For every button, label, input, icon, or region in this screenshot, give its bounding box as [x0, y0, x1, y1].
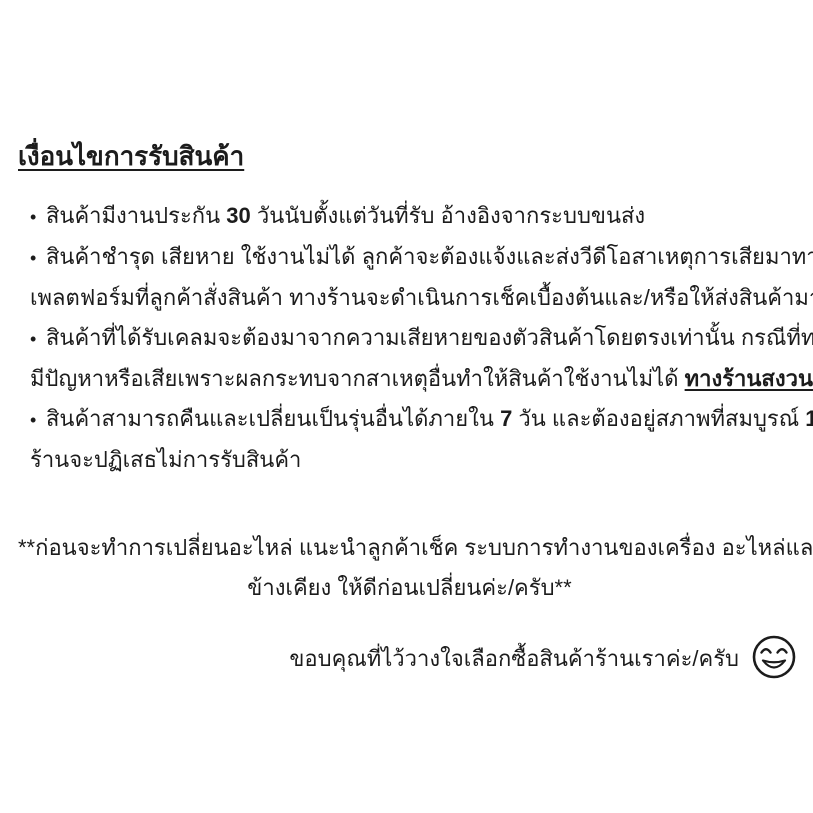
smiley-left-eye — [762, 649, 771, 652]
text-run: สินค้าชำรุด เสียหาย ใช้งานไม่ได้ ลูกค้าจ… — [46, 244, 813, 269]
terms-page: เงื่อนไขการรับสินค้า •สินค้ามีงานประกัน … — [0, 138, 813, 683]
bullet-line: •สินค้าสามารถคืนและเปลี่ยนเป็นรุ่นอื่นได… — [30, 399, 801, 440]
bullet-line: •สินค้าชำรุด เสียหาย ใช้งานไม่ได้ ลูกค้า… — [30, 237, 801, 278]
bullet-line: •สินค้าที่ได้รับเคลมจะต้องมาจากความเสียห… — [30, 318, 801, 359]
text-run: มีปัญหาหรือเสียเพราะผลกระทบจากสาเหตุอื่น… — [30, 366, 685, 391]
bullet-line: ร้านจะปฏิเสธไม่การรับสินค้า — [30, 440, 801, 480]
bullet-marker: • — [30, 319, 46, 359]
text-run: สินค้าสามารถคืนและเปลี่ยนเป็นรุ่นอื่นได้… — [46, 406, 500, 431]
bullet-item: •สินค้าที่ได้รับเคลมจะต้องมาจากความเสียห… — [30, 318, 801, 399]
bullet-item: •สินค้าชำรุด เสียหาย ใช้งานไม่ได้ ลูกค้า… — [30, 237, 801, 318]
bullet-item: •สินค้ามีงานประกัน 30 วันนับตั้งแต่วันที… — [30, 196, 801, 237]
number-text: 30 — [226, 203, 250, 228]
terms-bullet-list: •สินค้ามีงานประกัน 30 วันนับตั้งแต่วันที… — [18, 196, 801, 480]
note-line-1: **ก่อนจะทำการเปลี่ยนอะไหล่ แนะนำลูกค้าเช… — [18, 528, 801, 568]
text-run: ร้านจะปฏิเสธไม่การรับสินค้า — [30, 447, 301, 472]
thanks-line: ขอบคุณที่ไว้วางใจเลือกซื้อสินค้าร้านเราค… — [18, 636, 797, 683]
bullet-marker: • — [30, 400, 46, 440]
smiley-right-eye — [778, 649, 787, 652]
bullet-line: •สินค้ามีงานประกัน 30 วันนับตั้งแต่วันที… — [30, 196, 801, 237]
smiley-mouth — [763, 661, 785, 668]
text-run: วัน และต้องอยู่สภาพที่สมบูรณ์ — [512, 406, 805, 431]
page-title: เงื่อนไขการรับสินค้า — [18, 138, 801, 174]
claim-rights-emphasis: ทางร้านสงวนสิทธิ์ในการเคลม — [685, 366, 813, 391]
text-run: สินค้าที่ได้รับเคลมจะต้องมาจากความเสียหา… — [46, 325, 813, 350]
smiley-face-icon — [751, 634, 797, 680]
number-text: 100% — [805, 406, 813, 431]
bullet-item: •สินค้าสามารถคืนและเปลี่ยนเป็นรุ่นอื่นได… — [30, 399, 801, 480]
bullet-marker: • — [30, 238, 46, 278]
note-paragraph: **ก่อนจะทำการเปลี่ยนอะไหล่ แนะนำลูกค้าเช… — [18, 528, 801, 608]
text-run: วันนับตั้งแต่วันที่รับ อ้างอิงจากระบบขนส… — [251, 203, 645, 228]
text-run: สินค้ามีงานประกัน — [46, 203, 226, 228]
bullet-line: มีปัญหาหรือเสียเพราะผลกระทบจากสาเหตุอื่น… — [30, 359, 801, 399]
text-run: เพลตฟอร์มที่ลูกค้าสั่งสินค้า ทางร้านจะดำ… — [30, 285, 813, 310]
thanks-text: ขอบคุณที่ไว้วางใจเลือกซื้อสินค้าร้านเราค… — [289, 646, 739, 671]
note-line-2: ข้างเคียง ให้ดีก่อนเปลี่ยนค่ะ/ครับ** — [18, 568, 801, 608]
smiley-outline — [754, 637, 794, 677]
number-text: 7 — [500, 406, 512, 431]
bullet-marker: • — [30, 197, 46, 237]
bullet-line: เพลตฟอร์มที่ลูกค้าสั่งสินค้า ทางร้านจะดำ… — [30, 278, 801, 318]
